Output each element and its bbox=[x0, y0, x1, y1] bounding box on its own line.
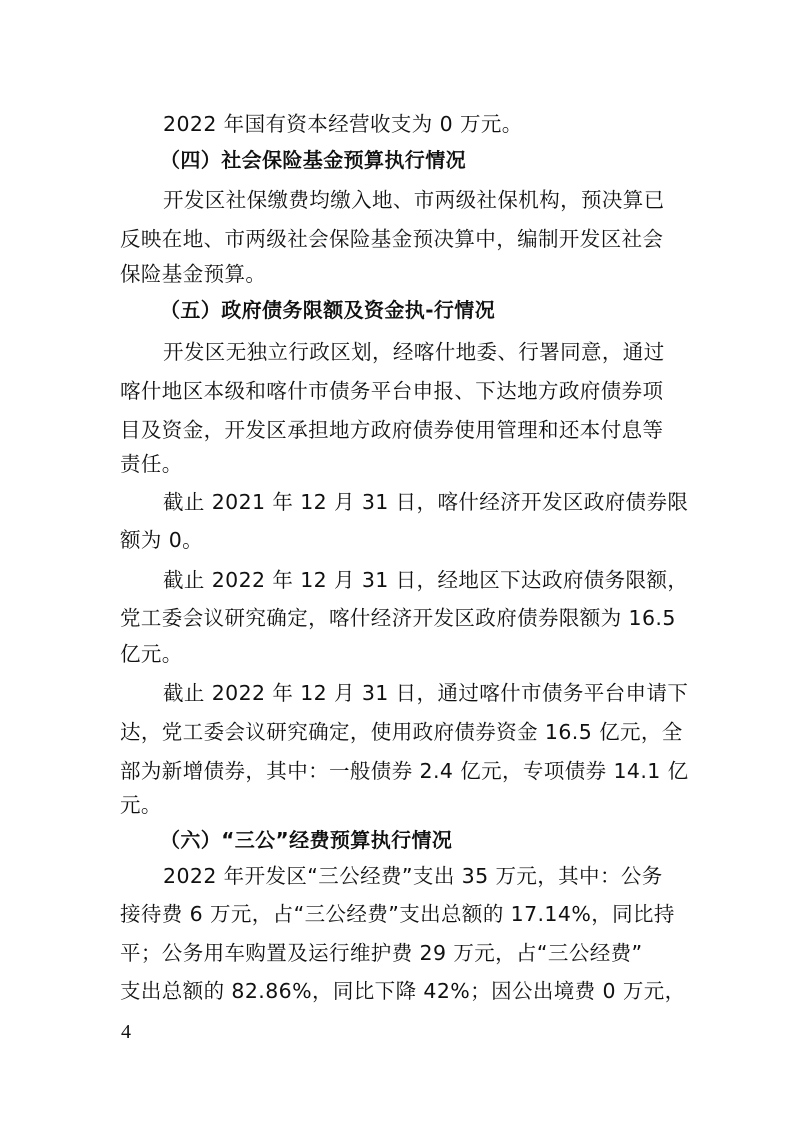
text-line: 截止 2021 年 12 月 31 日，喀什经济开发区政府债券限 bbox=[163, 488, 723, 516]
text-line: 2022 年开发区“三公经费”支出 35 万元，其中：公务 bbox=[163, 862, 723, 890]
text-line: 开发区社保缴费均缴入地、市两级社保机构，预决算已 bbox=[163, 186, 723, 214]
page-number: 4 bbox=[121, 1021, 131, 1044]
text-line: 党工委会议研究确定，喀什经济开发区政府债券限额为 16.5 bbox=[120, 604, 680, 632]
text-line: 截止 2022 年 12 月 31 日，通过喀什市债务平台申请下 bbox=[163, 679, 723, 707]
text-line: 亿元。 bbox=[120, 640, 680, 668]
section-heading: （四）社会保险基金预算执行情况 bbox=[160, 146, 720, 174]
text-line: 目及资金，开发区承担地方政府债券使用管理和还本付息等 bbox=[120, 416, 680, 444]
text-line: 元。 bbox=[120, 791, 680, 819]
text-line: 平；公务用车购置及运行维护费 29 万元，占“三公经费” bbox=[120, 939, 680, 967]
text-line: 反映在地、市两级社会保险基金预决算中，编制开发区社会 bbox=[120, 225, 680, 253]
text-line: 开发区无独立行政区划，经喀什地委、行署同意，通过 bbox=[163, 338, 723, 366]
text-line: 截止 2022 年 12 月 31 日，经地区下达政府债务限额， bbox=[163, 566, 723, 594]
text-line: 达，党工委会议研究确定，使用政府债券资金 16.5 亿元，全 bbox=[120, 718, 680, 746]
document-page: 2022 年国有资本经营收支为 0 万元。（四）社会保险基金预算执行情况开发区社… bbox=[0, 0, 793, 1122]
text-line: 接待费 6 万元，占“三公经费”支出总额的 17.14%，同比持 bbox=[120, 900, 680, 928]
text-line: 额为 0。 bbox=[120, 526, 680, 554]
text-line: 责任。 bbox=[120, 450, 680, 478]
text-line: 喀什地区本级和喀什市债务平台申报、下达地方政府债券项 bbox=[120, 377, 680, 405]
text-line: 部为新增债券，其中：一般债券 2.4 亿元，专项债券 14.1 亿 bbox=[120, 757, 680, 785]
text-line: 保险基金预算。 bbox=[120, 260, 680, 288]
section-heading: （六）“三公”经费预算执行情况 bbox=[160, 826, 720, 854]
text-line: 2022 年国有资本经营收支为 0 万元。 bbox=[163, 110, 723, 138]
text-line: 支出总额的 82.86%，同比下降 42%；因公出境费 0 万元， bbox=[120, 977, 680, 1005]
section-heading: （五）政府债务限额及资金执-行情况 bbox=[160, 296, 720, 324]
